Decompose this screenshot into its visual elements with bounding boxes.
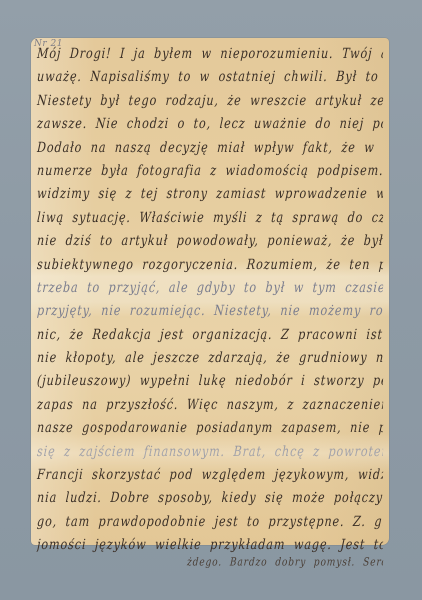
handwritten-line-tail: żdego. Bardzo dobry pomysł. Serdecznie — [37,555,384,570]
letter-page: Nr 21 Mój Drogi! I ja byłem w nieporozum… [31,38,389,545]
handwritten-text-block: Mój Drogi! I ja byłem w nieporozumieniu.… [37,42,383,569]
